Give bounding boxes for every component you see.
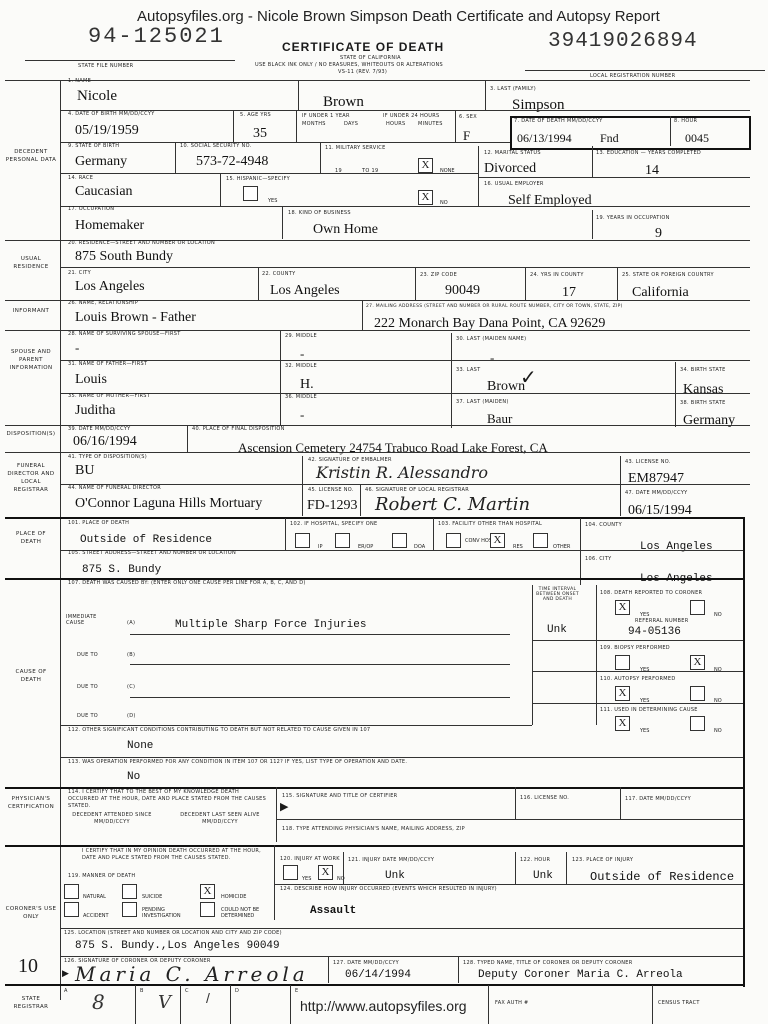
label: 11. Military Service [325, 145, 386, 151]
coroner-date: 06/14/1994 [345, 969, 411, 981]
cause-a: Multiple Sharp Force Injuries [175, 619, 366, 631]
reported-coroner-no-checkbox[interactable] [690, 600, 705, 615]
signature-arrow-icon: ▶ [62, 968, 69, 979]
label: E [295, 988, 298, 994]
label: 29. Middle [285, 333, 317, 339]
hospital-doa-checkbox[interactable] [392, 533, 407, 548]
label: I certify that in my opinion death occur… [82, 848, 272, 862]
label: 104. County [585, 522, 622, 528]
label: 41. Type of disposition(s) [68, 454, 147, 460]
label: 119. Manner of death [68, 873, 135, 879]
label: 19. Years in Occupation [596, 215, 670, 221]
label: Months [302, 121, 326, 127]
manner-natural-checkbox[interactable] [64, 884, 79, 899]
divider [230, 985, 231, 1024]
divider [458, 956, 459, 983]
reported-coroner-yes-checkbox[interactable]: X [615, 600, 630, 615]
divider [60, 173, 478, 174]
label: 15. Hispanic—Specify [226, 176, 290, 182]
divider [60, 393, 750, 394]
manner-pending-checkbox[interactable] [122, 902, 137, 917]
divider [60, 484, 750, 485]
label: 14. Race [68, 175, 93, 181]
registrar-mark-a: 8 [92, 990, 105, 1014]
residence-county: Los Angeles [270, 283, 340, 299]
section-decedent: Decedent Personal Data [5, 148, 57, 164]
divider [60, 757, 743, 758]
spouse-first: - [75, 340, 79, 356]
facility-conv-hosp-checkbox[interactable] [446, 533, 461, 548]
label: A [64, 988, 68, 994]
divider [488, 985, 489, 1024]
label: 36. Middle [285, 394, 317, 400]
label: D [235, 988, 239, 994]
kind-of-business: Own Home [313, 222, 378, 238]
label: 1. Name [68, 78, 91, 84]
local-registration-number: 39419026894 [548, 30, 698, 53]
father-birth-state: Kansas [683, 382, 723, 398]
section-spouse-parent: Spouse and Parent Information [3, 348, 59, 372]
label: 43. License No. [625, 459, 671, 465]
label: 28. Name of surviving spouse—First [68, 331, 181, 337]
divider [532, 671, 743, 672]
divider [175, 142, 176, 173]
decedent-age: 35 [253, 126, 267, 142]
divider [620, 456, 621, 516]
disposition-type: BU [75, 463, 94, 479]
divider [675, 362, 676, 427]
divider [525, 70, 765, 71]
label: 35. Name of mother—First [68, 393, 150, 399]
residence-street: 875 South Bundy [75, 249, 173, 265]
divider [60, 725, 532, 726]
label: Decedent last seen alive MM/DD/CCYY [170, 812, 270, 826]
divider [5, 517, 745, 519]
label: 115. Signature and title of certifier [282, 793, 397, 799]
facility-res-checkbox[interactable]: X [490, 533, 505, 548]
autopsy-yes-checkbox[interactable]: X [615, 686, 630, 701]
label: No [714, 667, 722, 673]
residence-city: Los Angeles [75, 279, 145, 295]
label: 47. Date MM/DD/CCYY [625, 490, 688, 496]
section-coroner: Coroner's Use Only [5, 905, 57, 921]
divider [302, 456, 303, 516]
divider [580, 518, 581, 585]
label: Immediate Cause [66, 614, 106, 626]
injury-location: 875 S. Bundy.,Los Angeles 90049 [75, 940, 280, 952]
form-code: VS-11 (REV. 7/93) [338, 69, 387, 75]
label: 108. Death reported to coroner [600, 590, 702, 596]
watermark-title: Autopsyfiles.org - Nicole Brown Simpson … [137, 8, 660, 25]
coroner-typed-name: Deputy Coroner Maria C. Arreola [478, 969, 683, 981]
label: 20. Residence—Street and number or locat… [68, 240, 215, 246]
label: Natural [83, 894, 106, 900]
label: Suicide [142, 894, 162, 900]
decedent-dob: 05/19/1959 [75, 123, 139, 139]
label: Due to [77, 684, 98, 690]
label: 105. Street address—street and number or… [68, 550, 236, 556]
divider [592, 146, 593, 177]
divider [478, 146, 479, 206]
label: 101. Place of death [68, 520, 129, 526]
watermark-url[interactable]: http://www.autopsyfiles.org [300, 998, 467, 1014]
date-of-death-note: Fnd [600, 131, 619, 146]
label: 122. Hour [520, 857, 550, 863]
divider [5, 984, 743, 986]
label: Yes [302, 876, 311, 882]
divider [276, 819, 743, 820]
label: Time interval between onset and death [535, 587, 580, 602]
divider [276, 787, 277, 842]
divider [532, 640, 743, 641]
label: 128. Typed name, title of coroner or dep… [463, 960, 632, 966]
divider [274, 845, 275, 920]
label: 13. Education — Years Completed [596, 150, 701, 156]
divider [617, 268, 618, 300]
decedent-first-name: Nicole [77, 88, 117, 105]
divider [60, 267, 750, 268]
divider [274, 884, 743, 885]
divider [515, 852, 516, 884]
divider [282, 207, 283, 239]
marital-status: Divorced [484, 161, 536, 177]
divider [60, 110, 750, 111]
label: FAX AUTH # [495, 1000, 529, 1006]
hour-of-death: 0045 [685, 131, 709, 146]
label: No [714, 728, 722, 734]
label: 44. Name of funeral director [68, 485, 161, 491]
military-none-checkbox[interactable]: X [418, 158, 433, 173]
section-disposition: Disposition(s) [3, 430, 59, 438]
label: 12. Marital Status [484, 150, 541, 156]
label: 7. Date of Death MM/DD/CCYY [514, 118, 603, 124]
years-in-county: 17 [562, 285, 576, 301]
label: 102. If hospital, specify one [290, 521, 377, 527]
label: 109. Biopsy performed [600, 645, 670, 651]
label: 111. Used in determining cause [600, 707, 698, 713]
mother-birth-state: Germany [683, 413, 735, 429]
autopsy-no-checkbox[interactable] [690, 686, 705, 701]
divider [60, 206, 750, 207]
divider [620, 787, 621, 819]
label: 21. City [68, 270, 91, 276]
label: 103. Facility other than hospital [438, 521, 542, 527]
divider [130, 697, 510, 698]
divider [328, 956, 329, 983]
divider [343, 852, 344, 884]
divider [220, 173, 221, 206]
label: If under 1 year [302, 113, 350, 119]
injury-at-work-no-checkbox[interactable]: X [318, 865, 333, 880]
label: (C) [127, 684, 135, 690]
label: Days [344, 121, 358, 127]
label: C [185, 988, 189, 994]
label: No [714, 612, 722, 618]
divider [592, 210, 593, 239]
state-file-number: 94-125021 [88, 24, 225, 49]
manner-undetermined-checkbox[interactable] [200, 902, 215, 917]
divider [60, 928, 743, 929]
section-informant: Informant [5, 307, 57, 315]
divider [652, 985, 653, 1024]
registrar-mark-c: / [206, 990, 210, 1006]
divider [360, 485, 361, 516]
father-first: Louis [75, 372, 107, 388]
used-cause-no-checkbox[interactable] [690, 716, 705, 731]
label: Decedent attended since MM/DD/CCYY [62, 812, 162, 826]
divider [596, 585, 597, 725]
place-county: Los Angeles [640, 541, 713, 553]
mother-middle: - [300, 407, 304, 423]
label: 124. Describe how injury occurred (event… [280, 886, 497, 892]
divider [135, 985, 136, 1024]
certificate-subtitle: State of California [340, 55, 401, 61]
date-of-death: 06/13/1994 [517, 131, 572, 146]
label: 116. License No. [520, 795, 569, 801]
informant-name: Louis Brown - Father [75, 310, 196, 326]
spouse-last: - [490, 350, 494, 366]
father-middle: H. [300, 377, 314, 393]
section-state-registrar: State Registrar [5, 995, 57, 1011]
place-address: 875 S. Bundy [82, 564, 161, 576]
label: 110. Autopsy performed [600, 676, 675, 682]
injury-place: Outside of Residence [590, 870, 734, 884]
funeral-director: O'Connor Laguna Hills Mortuary [75, 496, 262, 512]
divider [455, 110, 456, 142]
divider [130, 664, 510, 665]
frame-top [5, 80, 750, 81]
ssn: 573-72-4948 [196, 154, 268, 170]
divider [433, 518, 434, 550]
label: Homicide [221, 894, 246, 900]
divider [415, 268, 416, 300]
label: 24. Yrs in County [530, 272, 584, 278]
label: 106. City [585, 556, 612, 562]
hispanic-no-checkbox[interactable]: X [418, 190, 433, 205]
label: 37. Last (maiden) [456, 399, 509, 405]
label: 31. Name of father—First [68, 361, 147, 367]
label: 46. Signature of local registrar [365, 487, 469, 493]
label: 17. Occupation [68, 206, 114, 212]
place-of-death: Outside of Residence [80, 534, 212, 546]
label: 38. Birth State [680, 400, 726, 406]
injury-at-work-yes-checkbox[interactable] [283, 865, 298, 880]
label: 5. Age Yrs [240, 112, 271, 118]
label: Yes [268, 198, 277, 204]
label: 117. Date MM/DD/CCYY [625, 796, 691, 802]
occupation: Homemaker [75, 218, 144, 234]
manner-accident-checkbox[interactable] [64, 902, 79, 917]
time-interval: Unk [547, 624, 567, 636]
divider [280, 330, 281, 425]
label: 26. Name, Relationship [68, 300, 138, 306]
biopsy-no-checkbox[interactable]: X [690, 655, 705, 670]
registrar-mark-b: V [158, 992, 171, 1013]
section-physician: Physician's Certification [5, 795, 57, 811]
divider [478, 177, 750, 178]
label: Minutes [418, 121, 443, 127]
label: 3. Last (Family) [490, 86, 536, 92]
label: Hours [386, 121, 406, 127]
director-license: FD-1293 [307, 498, 358, 514]
divider [180, 985, 181, 1024]
label: 18. Kind of Business [288, 210, 351, 216]
frame-right [743, 517, 745, 987]
label: (B) [127, 652, 135, 658]
disposition-date: 06/16/1994 [73, 434, 137, 450]
label: 27. Mailing address (street and number o… [366, 304, 623, 309]
coroner-signature: Maria C. Arreola [75, 962, 309, 986]
label: 114. I certify that to the best of my kn… [68, 789, 268, 810]
operation-performed: No [127, 771, 140, 783]
label: 45. License No. [308, 487, 354, 493]
divider [5, 845, 743, 847]
section-residence: Usual Residence [5, 255, 57, 271]
label: 34. Birth State [680, 367, 726, 373]
label: 33. Last [456, 367, 481, 373]
label: (A) [127, 620, 135, 626]
divider [451, 333, 452, 428]
checkmark-icon: ✓ [520, 365, 537, 389]
label: 8. Hour [674, 118, 697, 124]
label: 40. Place of final disposition [192, 426, 285, 432]
frame-left [60, 80, 61, 1000]
injury-hour: Unk [533, 870, 553, 882]
label: 23. Zip Code [420, 272, 457, 278]
divider [296, 110, 297, 142]
section-funeral: Funeral Director and Local Registrar [5, 462, 57, 494]
divider [670, 116, 671, 146]
label: Yes [640, 667, 649, 673]
divider [320, 142, 321, 173]
label: Referral Number [635, 618, 689, 624]
used-cause-yes-checkbox[interactable]: X [615, 716, 630, 731]
divider [258, 268, 259, 300]
divider [525, 268, 526, 300]
label: 4. Date of Birth MM/DD/CCYY [68, 111, 155, 117]
divider [60, 956, 743, 957]
label: 10. Social Security No. [180, 143, 252, 149]
divider [290, 985, 291, 1024]
label: B [140, 988, 144, 994]
label: Due to [77, 652, 98, 658]
label: 107. Death was caused by: (Enter only on… [68, 580, 306, 586]
biopsy-yes-checkbox[interactable] [615, 655, 630, 670]
label: 22. County [262, 271, 295, 277]
divider [485, 80, 486, 110]
referral-number: 94-05136 [628, 626, 681, 638]
coroner-margin-number: 10 [18, 955, 38, 978]
other-conditions: None [127, 740, 153, 752]
label: Accident [83, 913, 109, 919]
disposition-place: Ascension Cemetery 24754 Trabuco Road La… [238, 440, 548, 456]
label: 6. Sex [459, 114, 477, 120]
injury-date: Unk [385, 870, 405, 882]
label: 16. Usual Employer [484, 181, 544, 187]
race: Caucasian [75, 184, 133, 200]
label: Could not be determined [221, 907, 271, 919]
divider [187, 425, 188, 452]
divider [60, 360, 750, 361]
divider [515, 787, 516, 819]
embalmer-signature: Kristin R. Alessandro [316, 463, 488, 482]
label: Due to [77, 713, 98, 719]
label: 113. Was operation performed for any con… [68, 759, 407, 765]
label: 125. Location (street and number or loca… [64, 930, 282, 936]
label: (D) [127, 713, 136, 719]
divider [298, 80, 299, 110]
label: 32. Middle [285, 363, 317, 369]
divider [130, 634, 510, 635]
manner-suicide-checkbox[interactable] [122, 884, 137, 899]
mother-first: Juditha [75, 403, 115, 419]
birth-state: Germany [75, 154, 127, 170]
decedent-last-name: Simpson [512, 97, 565, 114]
label: 25. State or Foreign Country [622, 272, 714, 278]
certificate-title: CERTIFICATE OF DEATH [282, 40, 444, 54]
divider [532, 585, 533, 725]
hispanic-yes-checkbox[interactable] [243, 186, 258, 201]
label: 121. Injury date MM/DD/CCYY [348, 857, 434, 863]
residence-state: California [632, 285, 689, 301]
certificate-instructions: Use black ink only / no erasures, whiteo… [255, 62, 443, 68]
divider [233, 110, 234, 142]
label: 9. State of Birth [68, 143, 119, 149]
signature-arrow-icon: ▶ [280, 800, 288, 813]
divider [60, 142, 510, 143]
divider [532, 703, 743, 704]
section-place-of-death: Place of Death [5, 530, 57, 546]
facility-other-checkbox[interactable] [533, 533, 548, 548]
label: 127. Date MM/DD/CCYY [333, 960, 399, 966]
divider [25, 60, 235, 61]
divider [566, 852, 567, 884]
label: Census Tract [658, 1000, 700, 1006]
label: 120. Injury at work [280, 856, 340, 862]
divider [5, 452, 750, 453]
label: Pending Investigation [142, 907, 197, 919]
injury-description: Assault [310, 905, 356, 917]
manner-homicide-checkbox[interactable]: X [200, 884, 215, 899]
hospital-er-op-checkbox[interactable] [335, 533, 350, 548]
label: Yes [640, 728, 649, 734]
label: 118. Type attending physician's name, ma… [282, 826, 465, 832]
local-registration-label: Local Registration Number [590, 73, 675, 79]
state-file-number-label: State File Number [78, 63, 133, 69]
decedent-middle-name: Brown [323, 94, 364, 111]
divider [362, 300, 363, 330]
label: 39. Date MM/DD/CCYY [68, 426, 131, 432]
residence-zip: 90049 [445, 283, 480, 299]
section-cause: Cause of Death [5, 668, 57, 684]
hospital-ip-checkbox[interactable] [295, 533, 310, 548]
label: 30. Last (maiden name) [456, 336, 526, 342]
label: 112. Other significant conditions contri… [68, 727, 370, 733]
registrar-signature: Robert C. Martin [375, 494, 530, 515]
divider [285, 518, 286, 550]
label: If under 24 hours [383, 113, 439, 119]
label: 123. Place of injury [572, 857, 633, 863]
